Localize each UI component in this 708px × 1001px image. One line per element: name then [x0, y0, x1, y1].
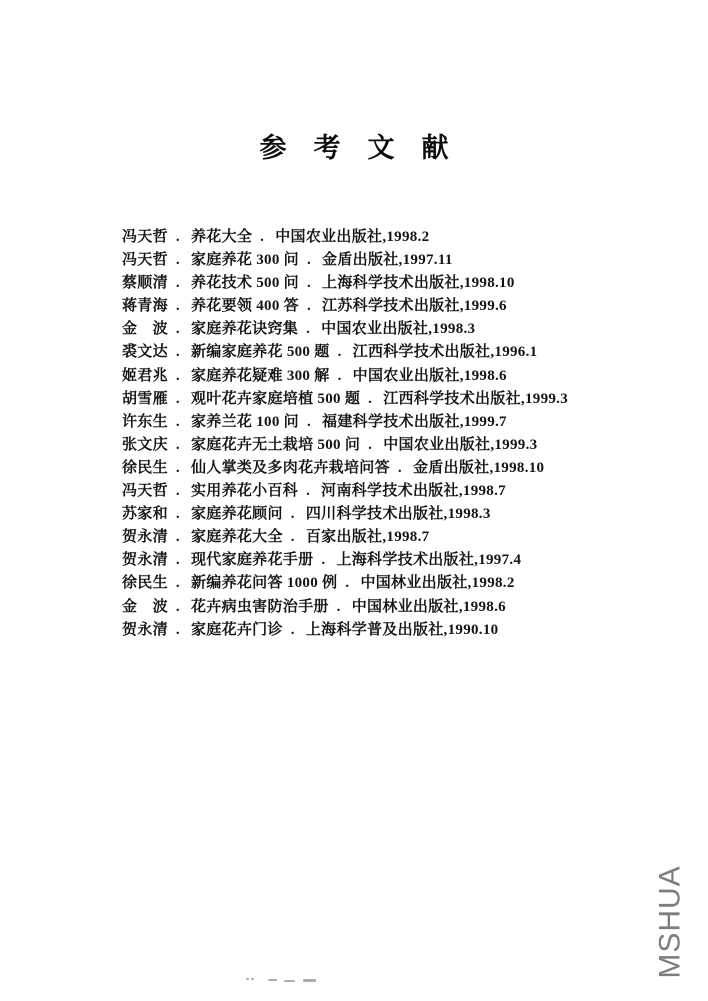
watermark: MSHUA	[642, 846, 700, 998]
separator-dot: .	[345, 572, 349, 595]
separator-dot: .	[176, 388, 180, 411]
separator-dot: .	[338, 341, 342, 364]
reference-publisher: 江苏科学技术出版社,1999.6	[322, 298, 507, 314]
reference-title: 家庭养花诀窍集	[191, 321, 298, 337]
reference-title: 养花要领 400 答	[191, 298, 299, 314]
separator-dot: .	[176, 272, 180, 295]
separator-dot: .	[337, 596, 341, 619]
reference-publisher: 福建科学技术出版社,1999.7	[322, 414, 507, 430]
reference-title: 家庭花卉无土栽培 500 问	[191, 437, 360, 453]
separator-dot: .	[176, 226, 180, 249]
reference-entry: 胡雪雁.观叶花卉家庭培植 500 题.江西科学技术出版社,1999.3	[122, 388, 568, 411]
separator-dot: .	[368, 388, 372, 411]
separator-dot: .	[176, 318, 180, 341]
separator-dot: .	[368, 434, 372, 457]
reference-title: 实用养花小百科	[191, 483, 298, 499]
separator-dot: .	[176, 503, 180, 526]
reference-title: 新编家庭养花 500 题	[191, 344, 330, 360]
reference-author: 金 波	[122, 321, 168, 337]
reference-title: 观叶花卉家庭培植 500 题	[191, 391, 360, 407]
separator-dot: .	[291, 619, 295, 642]
reference-entry: 金 波.家庭养花诀窍集.中国农业出版社,1998.3	[122, 318, 568, 341]
reference-entry: 许东生.家养兰花 100 问.福建科学技术出版社,1999.7	[122, 411, 568, 434]
separator-dot: .	[338, 365, 342, 388]
reference-author: 张文庆	[122, 437, 168, 453]
separator-dot: .	[306, 318, 310, 341]
separator-dot: .	[321, 549, 325, 572]
separator-dot: .	[307, 295, 311, 318]
reference-publisher: 上海科学技术出版社,1997.4	[336, 552, 521, 568]
reference-publisher: 上海科学技术出版社,1998.10	[322, 275, 515, 291]
scanned-book-page: 参 考 文 献 冯天哲.养花大全.中国农业出版社,1998.2 冯天哲.家庭养花…	[0, 0, 708, 1001]
reference-entry: 金 波.花卉病虫害防治手册.中国林业出版社,1998.6	[122, 596, 568, 619]
separator-dot: .	[176, 249, 180, 272]
reference-author: 徐民生	[122, 460, 168, 476]
reference-author: 蔡顺清	[122, 275, 168, 291]
separator-dot: .	[176, 572, 180, 595]
separator-dot: .	[176, 619, 180, 642]
reference-title: 养花大全	[191, 229, 252, 245]
reference-publisher: 中国农业出版社,1998.6	[353, 368, 507, 384]
reference-title: 花卉病虫害防治手册	[191, 599, 329, 615]
separator-dot: .	[176, 341, 180, 364]
reference-author: 贺永清	[122, 552, 168, 568]
reference-author: 贺永清	[122, 529, 168, 545]
reference-entry: 贺永清.家庭花卉门诊.上海科学普及出版社,1990.10	[122, 619, 568, 642]
reference-publisher: 河南科学技术出版社,1998.7	[321, 483, 506, 499]
reference-author: 金 波	[122, 599, 168, 615]
reference-author: 姬君兆	[122, 368, 168, 384]
separator-dot: .	[291, 503, 295, 526]
reference-title: 现代家庭养花手册	[191, 552, 313, 568]
separator-dot: .	[176, 457, 180, 480]
reference-author: 贺永清	[122, 622, 168, 638]
separator-dot: .	[398, 457, 402, 480]
reference-title: 家庭养花疑难 300 解	[191, 368, 330, 384]
reference-title: 家庭养花顾问	[191, 506, 283, 522]
reference-publisher: 中国林业出版社,1998.2	[360, 575, 514, 591]
reference-author: 苏家和	[122, 506, 168, 522]
reference-author: 冯天哲	[122, 229, 168, 245]
reference-entry: 姬君兆.家庭养花疑难 300 解.中国农业出版社,1998.6	[122, 365, 568, 388]
reference-publisher: 江西科学技术出版社,1999.3	[383, 391, 568, 407]
separator-dot: .	[307, 411, 311, 434]
reference-entry: 贺永清.现代家庭养花手册.上海科学技术出版社,1997.4	[122, 549, 568, 572]
reference-publisher: 百家出版社,1998.7	[306, 529, 430, 545]
reference-entry: 贺永清.家庭养花大全.百家出版社,1998.7	[122, 526, 568, 549]
separator-dot: .	[176, 365, 180, 388]
reference-publisher: 四川科学技术出版社,1998.3	[306, 506, 491, 522]
reference-entry: 蒋青海.养花要领 400 答.江苏科学技术出版社,1999.6	[122, 295, 568, 318]
reference-author: 冯天哲	[122, 483, 168, 499]
reference-entry: 徐民生.新编养花问答 1000 例.中国林业出版社,1998.2	[122, 572, 568, 595]
reference-title: 家庭花卉门诊	[191, 622, 283, 638]
reference-publisher: 江西科学技术出版社,1996.1	[353, 344, 538, 360]
separator-dot: .	[307, 272, 311, 295]
reference-publisher: 中国林业出版社,1998.6	[352, 599, 506, 615]
watermark-text: MSHUA	[654, 865, 688, 978]
reference-publisher: 金盾出版社,1997.11	[322, 252, 453, 268]
reference-title: 养花技术 500 问	[191, 275, 299, 291]
reference-publisher: 金盾出版社,1998.10	[413, 460, 544, 476]
reference-entry: 徐民生.仙人掌类及多肉花卉栽培问答.金盾出版社,1998.10	[122, 457, 568, 480]
reference-publisher: 中国农业出版社,1998.3	[321, 321, 475, 337]
reference-entry: 冯天哲.养花大全.中国农业出版社,1998.2	[122, 226, 568, 249]
separator-dot: .	[307, 249, 311, 272]
separator-dot: .	[176, 549, 180, 572]
reference-title: 家庭养花 300 问	[191, 252, 299, 268]
separator-dot: .	[306, 480, 310, 503]
reference-entry: 裘文达.新编家庭养花 500 题.江西科学技术出版社,1996.1	[122, 341, 568, 364]
reference-author: 许东生	[122, 414, 168, 430]
reference-author: 胡雪雁	[122, 391, 168, 407]
separator-dot: .	[176, 411, 180, 434]
reference-author: 冯天哲	[122, 252, 168, 268]
reference-entry: 冯天哲.家庭养花 300 问.金盾出版社,1997.11	[122, 249, 568, 272]
reference-title: 仙人掌类及多肉花卉栽培问答	[191, 460, 390, 476]
reference-entry: 张文庆.家庭花卉无土栽培 500 问.中国农业出版社,1999.3	[122, 434, 568, 457]
separator-dot: .	[176, 480, 180, 503]
reference-author: 蒋青海	[122, 298, 168, 314]
reference-title: 家养兰花 100 问	[191, 414, 299, 430]
separator-dot: .	[291, 526, 295, 549]
reference-author: 裘文达	[122, 344, 168, 360]
reference-title: 家庭养花大全	[191, 529, 283, 545]
separator-dot: .	[176, 295, 180, 318]
reference-title: 新编养花问答 1000 例	[191, 575, 337, 591]
separator-dot: .	[176, 526, 180, 549]
reference-author: 徐民生	[122, 575, 168, 591]
reference-entry: 苏家和.家庭养花顾问.四川科学技术出版社,1998.3	[122, 503, 568, 526]
reference-list: 冯天哲.养花大全.中国农业出版社,1998.2 冯天哲.家庭养花 300 问.金…	[122, 226, 568, 642]
reference-entry: 冯天哲.实用养花小百科.河南科学技术出版社,1998.7	[122, 480, 568, 503]
separator-dot: .	[176, 596, 180, 619]
reference-publisher: 中国农业出版社,1998.2	[275, 229, 429, 245]
separator-dot: .	[260, 226, 264, 249]
scan-smudge	[246, 976, 316, 984]
separator-dot: .	[176, 434, 180, 457]
page-title: 参 考 文 献	[0, 126, 708, 165]
reference-publisher: 中国农业出版社,1999.3	[383, 437, 537, 453]
reference-entry: 蔡顺清.养花技术 500 问.上海科学技术出版社,1998.10	[122, 272, 568, 295]
reference-publisher: 上海科学普及出版社,1990.10	[306, 622, 499, 638]
